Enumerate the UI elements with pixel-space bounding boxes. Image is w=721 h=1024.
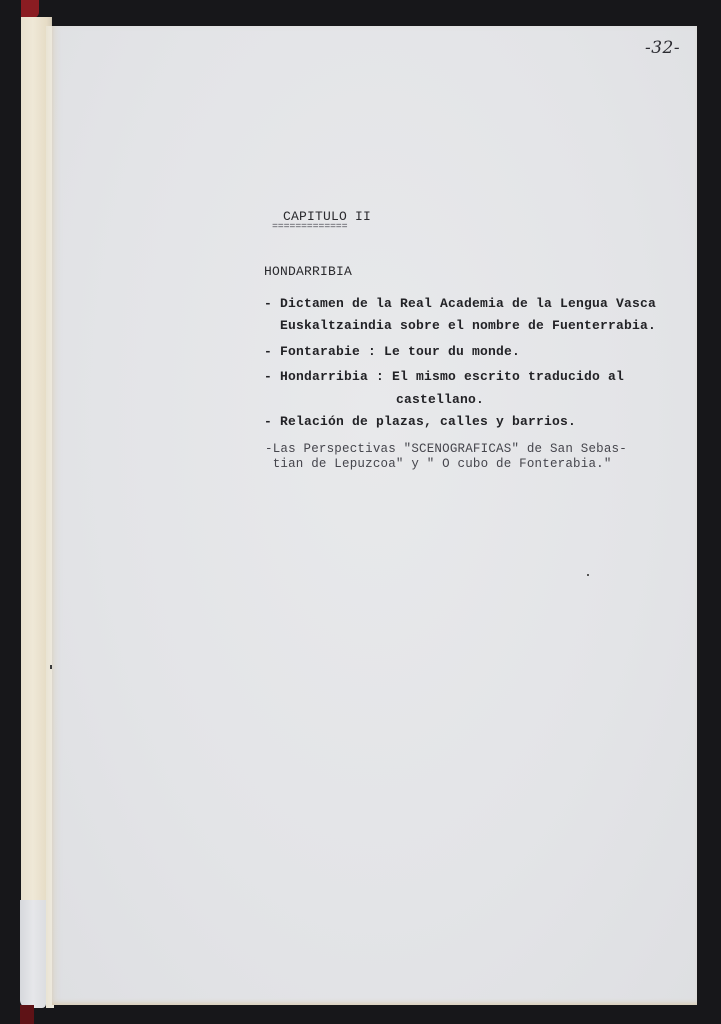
scanned-document: -32- CAPITULO II ============= HONDARRIB… [0,0,721,1024]
list-item-5-line-2: tian de Lepuzcoa" y " O cubo de Fonterab… [265,457,612,471]
binding-ribbon-top [21,0,39,18]
list-item-1-line-2: Euskaltzaindia sobre el nombre de Fuente… [264,318,656,333]
chapter-title-underline: ============= [272,222,347,233]
section-title: HONDARRIBIA [264,264,352,279]
list-item-5-line-1: -Las Perspectivas "SCENOGRAFICAS" de San… [265,442,627,456]
list-item-3-line-2: castellano. [396,392,484,407]
list-item-3-line-1: - Hondarribia : El mismo escrito traduci… [264,369,624,384]
list-item-1-line-1: - Dictamen de la Real Academia de la Len… [264,296,656,311]
paper-speck [587,574,589,576]
page-number: -32- [645,38,680,58]
list-item-4: - Relación de plazas, calles y barrios. [264,414,576,429]
list-item-2: - Fontarabie : Le tour du monde. [264,344,520,359]
paper-page [52,26,697,1005]
book-binding-lower [20,900,46,1008]
binding-ribbon-bottom [20,1005,34,1024]
